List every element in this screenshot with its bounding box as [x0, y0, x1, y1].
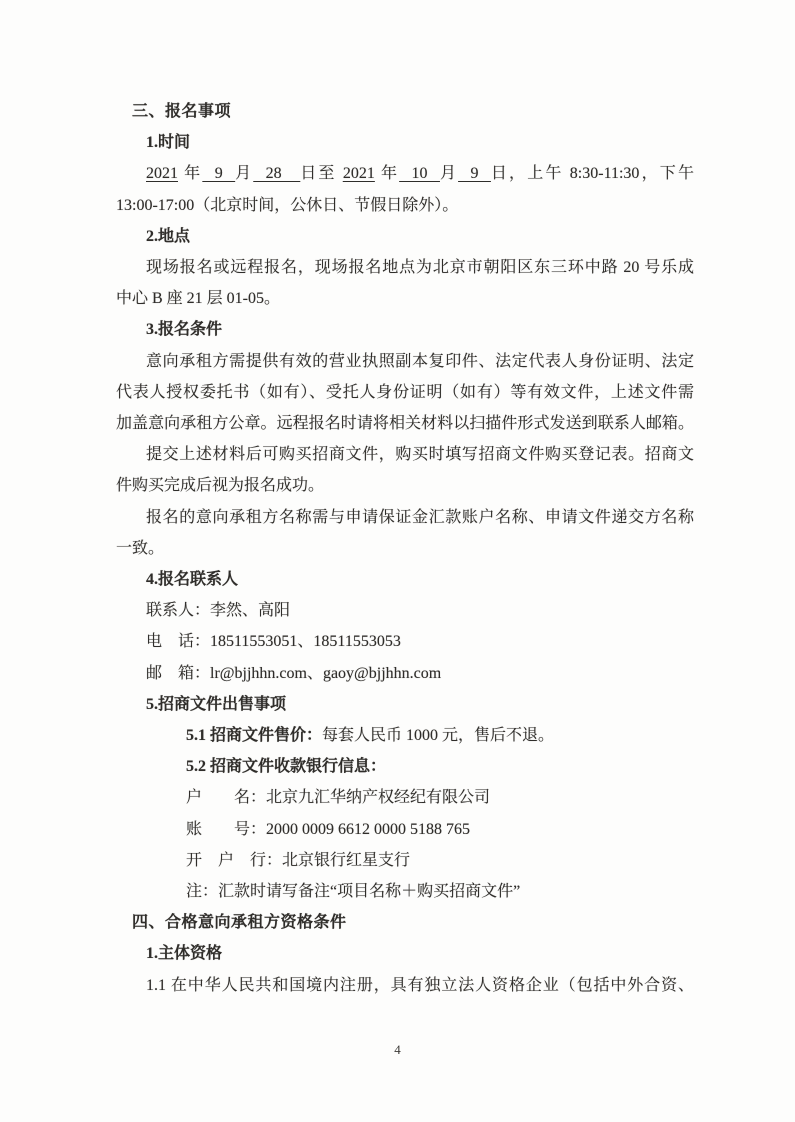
- date-unit: 年: [375, 165, 399, 182]
- time-range-line: 2021 年 9 月 28 日至 2021 年 10 月 9 日，上午 8:30…: [116, 158, 694, 189]
- time-range-line-2: 13:00-17:00（北京时间，公休日、节假日除外）。: [116, 190, 694, 221]
- subheading-doc-sale: 5.招商文件出售事项: [116, 689, 694, 720]
- section-3-heading: 三、报名事项: [116, 96, 694, 127]
- doc-price-line: 5.1 招商文件售价：每套人民币 1000 元，售后不退。: [116, 720, 694, 751]
- location-paragraph-line-2: 中心 B 座 21 层 01-05。: [116, 283, 694, 314]
- conditions-p1-line-2: 代表人授权委托书（如有）、受托人身份证明（如有）等有效文件，上述文件需: [116, 377, 694, 408]
- conditions-p3-line-1: 报名的意向承租方名称需与申请保证金汇款账户名称、申请文件递交方名称: [116, 502, 694, 533]
- contact-email-line: 邮 箱：lr@bjjhhn.com、gaoy@bjjhhn.com: [116, 658, 694, 689]
- subheading-time: 1.时间: [116, 127, 694, 158]
- doc-price-text: 每套人民币 1000 元，售后不退。: [322, 727, 554, 744]
- contact-name-line: 联系人：李然、高阳: [116, 595, 694, 626]
- bank-branch-line: 开 户 行：北京银行红星支行: [116, 845, 694, 876]
- conditions-p2-line-1: 提交上述材料后可购买招商文件，购买时填写招商文件购买登记表。招商文: [116, 439, 694, 470]
- subheading-contacts: 4.报名联系人: [116, 564, 694, 595]
- date-year-1: 2021: [146, 165, 178, 182]
- document-content: 三、报名事项 1.时间 2021 年 9 月 28 日至 2021 年 10 月…: [116, 96, 694, 1001]
- conditions-p3-line-2: 一致。: [116, 533, 694, 564]
- bank-account-number-line: 账 号：2000 0009 6612 0000 5188 765: [116, 814, 694, 845]
- date-month-1: 9: [202, 165, 235, 182]
- date-year-2: 2021: [343, 165, 375, 182]
- date-day-1: 28: [253, 165, 300, 182]
- contact-phone-line: 电 话：18511553051、18511553053: [116, 626, 694, 657]
- date-separator: 日至: [300, 165, 343, 182]
- conditions-p1-line-1: 意向承租方需提供有效的营业执照副本复印件、法定代表人身份证明、法定: [116, 346, 694, 377]
- section-4-heading: 四、合格意向承租方资格条件: [116, 907, 694, 938]
- document-page: 三、报名事项 1.时间 2021 年 9 月 28 日至 2021 年 10 月…: [0, 0, 795, 1122]
- entity-p1-line-1: 1.1 在中华人民共和国境内注册，具有独立法人资格企业（包括中外合资、: [116, 970, 694, 1001]
- subheading-location: 2.地点: [116, 221, 694, 252]
- time-of-day-text: 日，上午 8:30-11:30，下午: [491, 165, 694, 182]
- date-month-2: 10: [399, 165, 440, 182]
- location-paragraph-line-1: 现场报名或远程报名，现场报名地点为北京市朝阳区东三环中路 20 号乐成: [116, 252, 694, 283]
- doc-bank-heading: 5.2 招商文件收款银行信息：: [116, 751, 694, 782]
- bank-account-name-line: 户 名：北京九汇华纳产权经纪有限公司: [116, 782, 694, 813]
- remittance-note-line: 注：汇款时请写备注“项目名称＋购买招商文件”: [116, 876, 694, 907]
- date-unit: 月: [440, 165, 458, 182]
- subheading-conditions: 3.报名条件: [116, 314, 694, 345]
- conditions-p1-line-3: 加盖意向承租方公章。远程报名时请将相关材料以扫描件形式发送到联系人邮箱。: [116, 408, 694, 439]
- doc-price-label: 5.1 招商文件售价：: [186, 727, 322, 744]
- date-unit: 年: [178, 165, 202, 182]
- date-day-2: 9: [458, 165, 491, 182]
- subheading-entity-qualification: 1.主体资格: [116, 938, 694, 969]
- page-number: 4: [0, 1042, 795, 1058]
- date-unit: 月: [235, 165, 253, 182]
- conditions-p2-line-2: 件购买完成后视为报名成功。: [116, 470, 694, 501]
